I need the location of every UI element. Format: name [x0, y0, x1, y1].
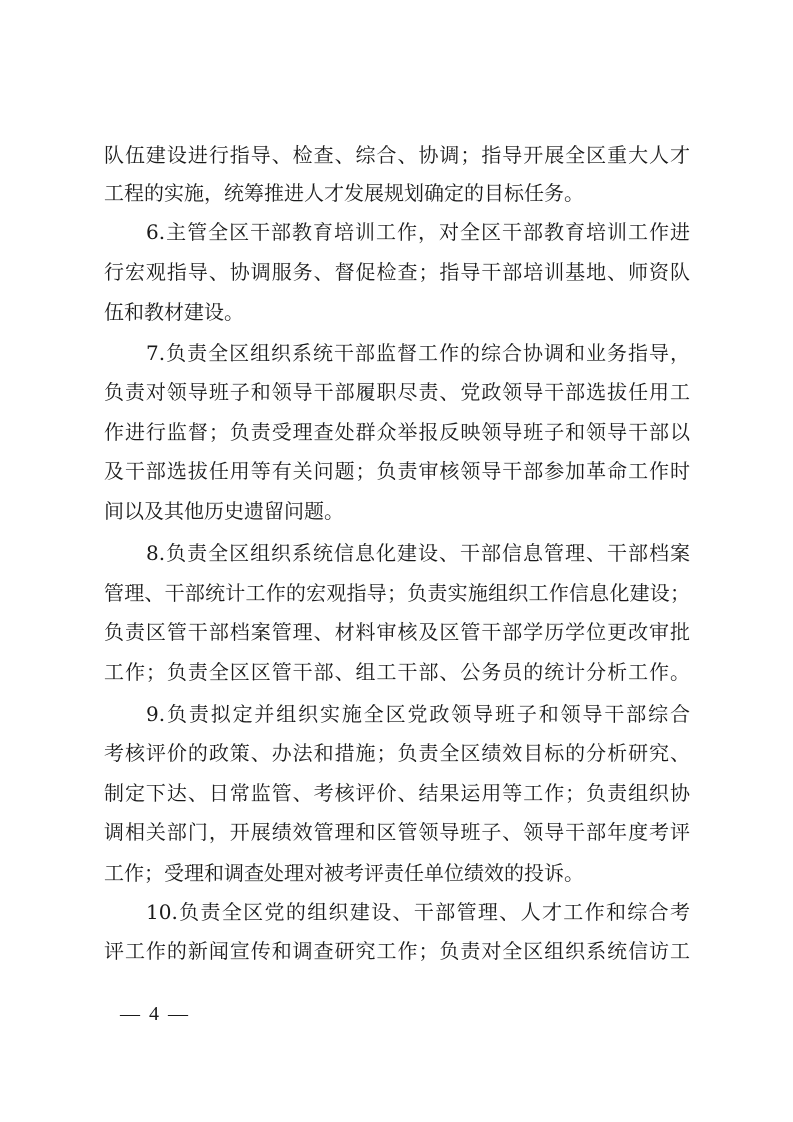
- text-line: 7.负责全区组织系统干部监督工作的综合协调和业务指导，: [146, 338, 690, 368]
- text-line: 制定下达、日常监管、考核评价、结果运用等工作；负责组织协: [104, 778, 690, 808]
- text-line: 队伍建设进行指导、检查、综合、协调；指导开展全区重大人才: [104, 140, 690, 170]
- page-number: — 4 —: [120, 1000, 190, 1028]
- text-line: 工作；负责全区区管干部、组工干部、公务员的统计分析工作。: [104, 657, 690, 687]
- text-line: 考核评价的政策、办法和措施；负责全区绩效目标的分析研究、: [104, 738, 690, 768]
- text-line: 行宏观指导、协调服务、督促检查；指导干部培训基地、师资队: [104, 257, 690, 287]
- text-line: 8.负责全区组织系统信息化建设、干部信息管理、干部档案: [146, 538, 690, 568]
- text-line: 管理、干部统计工作的宏观指导；负责实施组织工作信息化建设；: [104, 578, 690, 608]
- text-line: 负责区管干部档案管理、材料审核及区管干部学历学位更改审批: [104, 617, 690, 647]
- text-line: 9.负责拟定并组织实施全区党政领导班子和领导干部综合: [146, 699, 690, 729]
- text-line: 调相关部门，开展绩效管理和区管领导班子、领导干部年度考评: [104, 817, 690, 847]
- text-line: 伍和教材建设。: [104, 297, 690, 327]
- text-line: 间以及其他历史遗留问题。: [104, 496, 690, 526]
- text-line: 评工作的新闻宣传和调查研究工作；负责对全区组织系统信访工: [104, 936, 690, 966]
- text-line: 作进行监督；负责受理查处群众举报反映领导班子和领导干部以: [104, 417, 690, 447]
- text-line: 及干部选拔任用等有关问题；负责审核领导干部参加革命工作时: [104, 456, 690, 486]
- text-line: 10.负责全区党的组织建设、干部管理、人才工作和综合考: [146, 897, 690, 927]
- text-line: 负责对领导班子和领导干部履职尽责、党政领导干部选拔任用工: [104, 377, 690, 407]
- text-line: 工程的实施，统筹推进人才发展规划确定的目标任务。: [104, 178, 690, 208]
- text-line: 6.主管全区干部教育培训工作，对全区干部教育培训工作进: [146, 217, 690, 247]
- document-page: 队伍建设进行指导、检查、综合、协调；指导开展全区重大人才工程的实施，统筹推进人才…: [0, 0, 793, 1122]
- text-line: 工作；受理和调查处理对被考评责任单位绩效的投诉。: [104, 858, 690, 888]
